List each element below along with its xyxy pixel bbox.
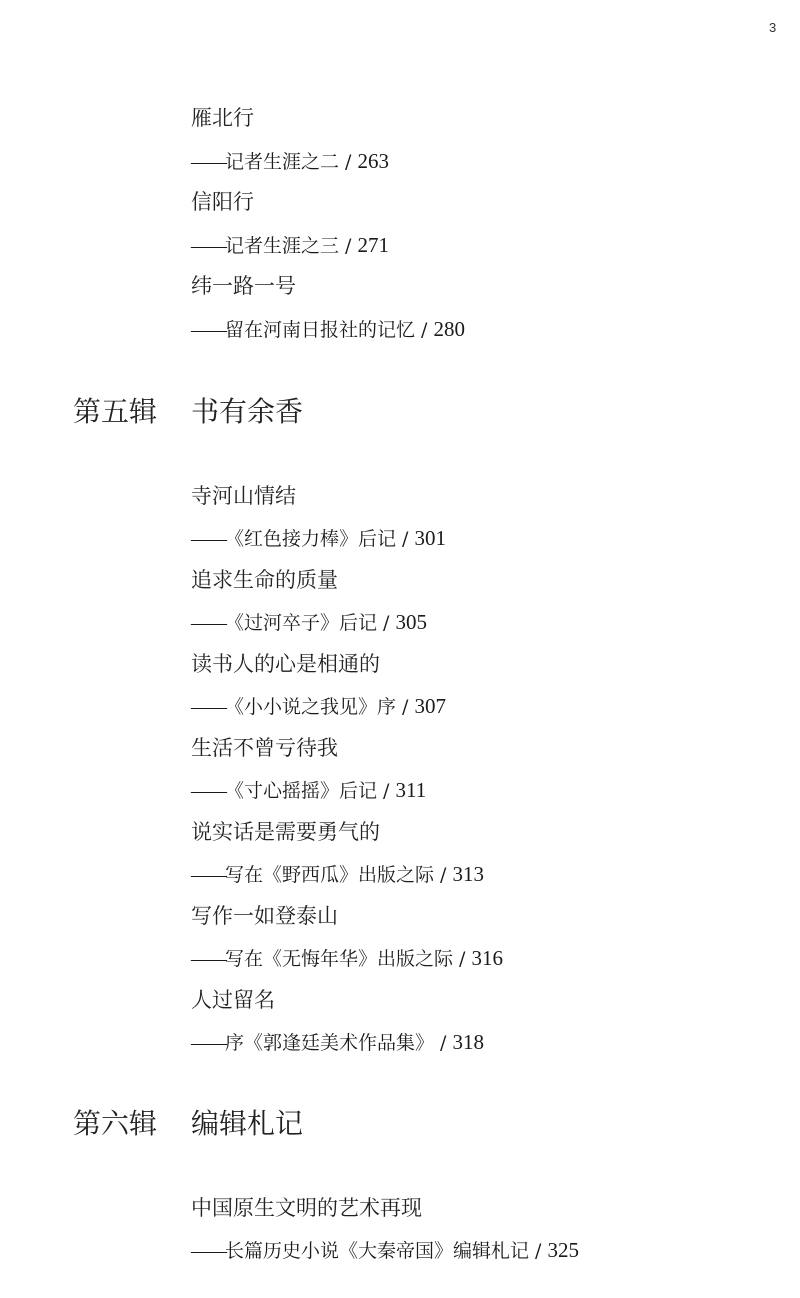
page-ref: 316 (472, 946, 504, 970)
subtitle-text: 《寸心摇摇》后记 (225, 780, 377, 802)
slash-separator: / (434, 864, 452, 886)
page-ref: 305 (396, 610, 428, 634)
toc-entry-subtitle: ——《过河卒子》后记 / 305 (191, 609, 427, 637)
subtitle-text: 长篇历史小说《大秦帝国》编辑札记 (225, 1240, 529, 1262)
toc-entry-title: 生活不曾亏待我 (191, 735, 338, 761)
page-ref: 263 (358, 149, 390, 173)
toc-entry-title: 追求生命的质量 (191, 567, 338, 593)
page-ref: 318 (453, 1030, 485, 1054)
subtitle-text: 序《郭逢廷美术作品集》 (225, 1032, 434, 1054)
em-dash: —— (191, 613, 225, 634)
toc-entry-subtitle: ——留在河南日报社的记忆 / 280 (191, 316, 465, 344)
subtitle-text: 记者生涯之二 (225, 151, 339, 173)
toc-entry-subtitle: ——长篇历史小说《大秦帝国》编辑札记 / 325 (191, 1237, 579, 1265)
page-ref: 301 (415, 526, 447, 550)
section-number: 第五辑 (73, 395, 191, 429)
subtitle-text: 《红色接力棒》后记 (225, 528, 396, 550)
page-ref: 313 (453, 862, 485, 886)
section-name: 书有余香 (191, 395, 303, 428)
toc-entry-subtitle: ——记者生涯之三 / 271 (191, 232, 389, 260)
toc-entry-title: 读书人的心是相通的 (191, 651, 380, 677)
em-dash: —— (191, 529, 225, 550)
toc-entry-title: 寺河山情结 (191, 483, 296, 509)
page-ref: 280 (434, 317, 466, 341)
toc-entry-title: 信阳行 (191, 189, 254, 215)
toc-entry-title: 雁北行 (191, 105, 254, 131)
subtitle-text: 写在《无悔年华》出版之际 (225, 948, 453, 970)
em-dash: —— (191, 949, 225, 970)
slash-separator: / (396, 696, 414, 718)
toc-entry-title: 纬一路一号 (191, 273, 296, 299)
page-number: 3 (769, 20, 776, 35)
em-dash: —— (191, 1241, 225, 1262)
subtitle-text: 记者生涯之三 (225, 235, 339, 257)
toc-entry-title: 说实话是需要勇气的 (191, 819, 380, 845)
toc-entry-title: 中国原生文明的艺术再现 (191, 1195, 422, 1221)
section-heading: 第六辑编辑札记 (73, 1107, 303, 1141)
section-name: 编辑札记 (191, 1107, 303, 1140)
em-dash: —— (191, 697, 225, 718)
toc-entry-subtitle: ——记者生涯之二 / 263 (191, 148, 389, 176)
subtitle-text: 《小小说之我见》序 (225, 696, 396, 718)
slash-separator: / (415, 319, 433, 341)
slash-separator: / (339, 151, 357, 173)
section-number: 第六辑 (73, 1107, 191, 1141)
slash-separator: / (434, 1032, 452, 1054)
em-dash: —— (191, 865, 225, 886)
slash-separator: / (529, 1240, 547, 1262)
slash-separator: / (377, 780, 395, 802)
em-dash: —— (191, 781, 225, 802)
em-dash: —— (191, 1033, 225, 1054)
toc-entry-subtitle: ——《红色接力棒》后记 / 301 (191, 525, 446, 553)
subtitle-text: 《过河卒子》后记 (225, 612, 377, 634)
subtitle-text: 写在《野西瓜》出版之际 (225, 864, 434, 886)
toc-entry-title: 人过留名 (191, 987, 275, 1013)
page-ref: 325 (548, 1238, 580, 1262)
subtitle-text: 留在河南日报社的记忆 (225, 319, 415, 341)
toc-entry-subtitle: ——写在《野西瓜》出版之际 / 313 (191, 861, 484, 889)
toc-entry-subtitle: ——序《郭逢廷美术作品集》 / 318 (191, 1029, 484, 1057)
toc-entry-subtitle: ——《小小说之我见》序 / 307 (191, 693, 446, 721)
slash-separator: / (339, 235, 357, 257)
em-dash: —— (191, 320, 225, 341)
toc-entry-subtitle: ——《寸心摇摇》后记 / 311 (191, 777, 426, 805)
slash-separator: / (453, 948, 471, 970)
em-dash: —— (191, 152, 225, 173)
page-ref: 307 (415, 694, 447, 718)
page-ref: 271 (358, 233, 390, 257)
em-dash: —— (191, 236, 225, 257)
toc-entry-subtitle: ——写在《无悔年华》出版之际 / 316 (191, 945, 503, 973)
slash-separator: / (396, 528, 414, 550)
section-heading: 第五辑书有余香 (73, 395, 303, 429)
page-ref: 311 (396, 778, 427, 802)
slash-separator: / (377, 612, 395, 634)
toc-entry-title: 写作一如登泰山 (191, 903, 338, 929)
